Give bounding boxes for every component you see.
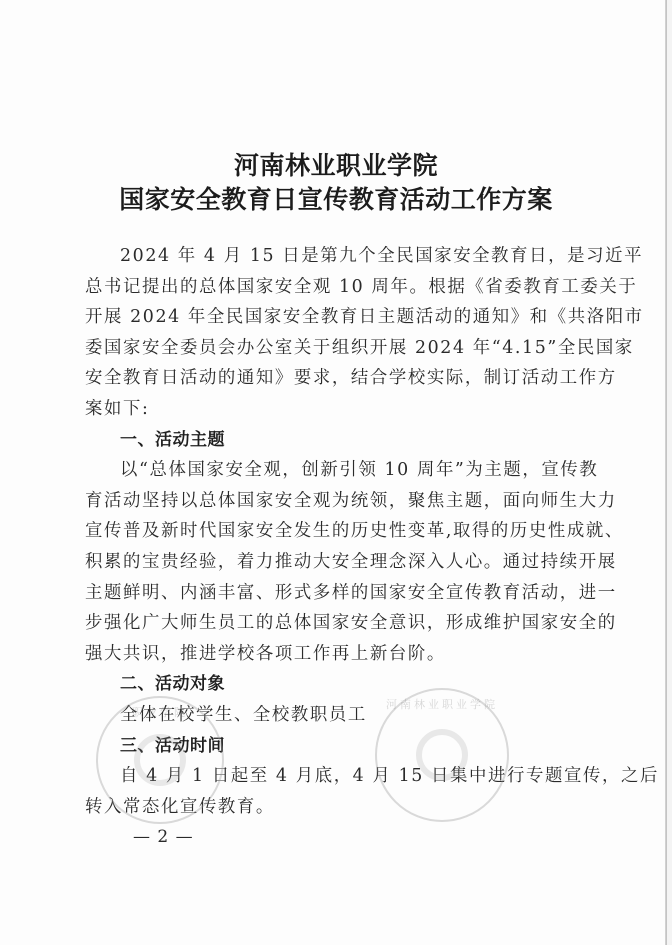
section-line: 强大共识，推进学校各项工作再上新台阶。 <box>85 639 577 670</box>
page-number: — 2 — <box>133 827 194 847</box>
section-line: 主题鲜明、内涵丰富、形式多样的国家安全宣传教育活动，进一 <box>85 578 577 609</box>
document-title-line1: 河南林业职业学院 <box>0 146 672 182</box>
section-line: 全体在校学生、全校教职员工 <box>85 700 577 731</box>
intro-line: 案如下: <box>85 394 577 425</box>
document-page: 河南林业职业学院 国家安全教育日宣传教育活动工作方案 2024 年 4 月 15… <box>0 0 672 945</box>
section-heading-theme: 一、活动主题 <box>85 425 577 456</box>
intro-line: 安全教育日活动的通知》要求，结合学校实际，制订活动工作方 <box>85 363 577 394</box>
section-line: 以“总体国家安全观，创新引领 10 周年”为主题，宣传教 <box>85 455 577 486</box>
intro-line: 总书记提出的总体国家安全观 10 周年。根据《省委教育工委关于 <box>85 272 577 303</box>
section-line: 积累的宝贵经验，着力推动大安全理念深入人心。通过持续开展 <box>85 547 577 578</box>
section-heading-time: 三、活动时间 <box>85 731 577 762</box>
section-line: 步强化广大师生员工的总体国家安全意识，形成维护国家安全的 <box>85 608 577 639</box>
intro-line: 开展 2024 年全民国家安全教育日主题活动的通知》和《共洛阳市 <box>85 302 577 333</box>
intro-line: 委国家安全委员会办公室关于组织开展 2024 年“4.15”全民国家 <box>85 333 577 364</box>
section-line: 育活动坚持以总体国家安全观为统领，聚焦主题，面向师生大力 <box>85 486 577 517</box>
section-heading-audience: 二、活动对象 <box>85 669 577 700</box>
intro-line: 2024 年 4 月 15 日是第九个全民国家安全教育日，是习近平 <box>85 241 577 272</box>
section-line: 转入常态化宣传教育。 <box>85 792 577 823</box>
section-line: 宣传普及新时代国家安全发生的历史性变革,取得的历史性成就、 <box>85 516 577 547</box>
section-line: 自 4 月 1 日起至 4 月底，4 月 15 日集中进行专题宣传，之后 <box>85 761 577 792</box>
page-edge-shade <box>667 0 672 945</box>
document-title-line2: 国家安全教育日宣传教育活动工作方案 <box>0 180 672 216</box>
document-body: 2024 年 4 月 15 日是第九个全民国家安全教育日，是习近平 总书记提出的… <box>85 241 577 822</box>
